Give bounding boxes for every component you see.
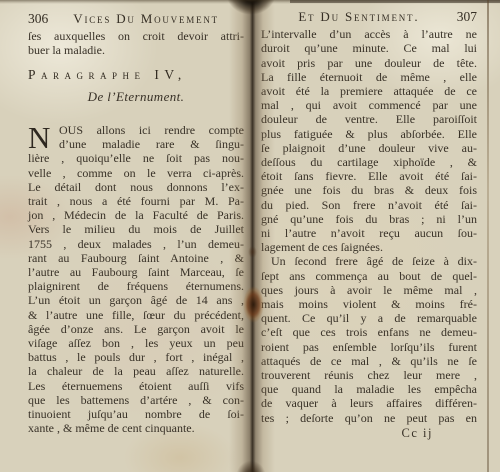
text-line: Vers le milieu du mois de Juillet	[28, 222, 244, 236]
left-page: 306 Vices Du Mouvement ſes auxquelles on…	[28, 12, 244, 435]
text-line: ſe plaignoit d’une douleur vive au-	[261, 141, 477, 155]
right-page: Et Du Sentiment. 307 L’intervalle d’un a…	[261, 10, 477, 440]
text-line: Le détail dont nous donnons l’ex-	[28, 180, 244, 194]
text-line: La fille éternuoit de même , elle	[261, 70, 477, 84]
text-line: avoit pris par une douleur de tête.	[261, 56, 477, 70]
text-line: Un ſecond frere âgé de ſeize à dix-	[261, 254, 477, 268]
left-running-header: 306 Vices Du Mouvement	[28, 12, 244, 26]
left-page-number: 306	[28, 12, 48, 26]
text-line: mais moins violent & moins fré-	[261, 297, 477, 311]
left-continuation-paragraph: ſes auxquelles on croit devoir attri-bue…	[28, 29, 244, 57]
text-line: velle , comme on le verra ci-après.	[28, 166, 244, 180]
book-gutter-shadow	[229, 0, 275, 472]
text-line: plaignirent de fréquens éternumens.	[28, 279, 244, 293]
text-line: L’un étoit un garçon âgé de 14 ans ,	[28, 293, 244, 307]
text-line: gnée une fois du bras & deux fois	[261, 183, 477, 197]
text-line: Les éternuemens étoient auſſi vifs	[28, 379, 244, 393]
text-line: ſes auxquelles on croit devoir attri-	[28, 29, 244, 43]
foxing-stain	[243, 286, 264, 323]
foxing-speck	[248, 246, 257, 258]
text-line: quent. Ce qu’il y a de remarquable	[261, 311, 477, 325]
section-title: De l’Eternument.	[28, 90, 244, 104]
text-line: roient pas enſemble lorſqu’ils furent	[261, 340, 477, 354]
left-header-title: Vices Du Mouvement	[48, 12, 244, 26]
text-line: avoit été la premiere attaquée de ce	[261, 84, 477, 98]
right-paragraph-2: Un ſecond frere âgé de ſeize à dix-ſept …	[261, 254, 477, 424]
right-paragraph-1: L’intervalle d’un accès à l’autre neduro…	[261, 27, 477, 254]
text-line: mal , qui avoit commencé par une	[261, 98, 477, 112]
gutter-bottom-shadow	[231, 455, 271, 472]
page-top-edge-right	[290, 0, 500, 3]
text-line: ſept ans commença au bout de quel-	[261, 269, 477, 283]
text-line: tinuoient juſqu’au nombre de ſoi-	[28, 407, 244, 421]
text-line: trait , nous a été fourni par M. Pa-	[28, 194, 244, 208]
text-line: duroit qu’une minute. Ce mal lui	[261, 41, 477, 55]
right-header-title: Et Du Sentiment.	[261, 10, 457, 24]
text-line: & l’autre une fille, ſœur du précédent,	[28, 308, 244, 322]
text-line: battus , le pouls dur , fort , inégal ,	[28, 350, 244, 364]
text-line: la chaleur de la peau aſſez naturelle.	[28, 364, 244, 378]
drop-cap: N	[28, 124, 56, 151]
text-line: lière , quoiqu’elle ne ſoit pas nou-	[28, 151, 244, 165]
text-line: ni l’autre n’avoit reçu aucun ſou-	[261, 226, 477, 240]
page-right-edge	[487, 0, 489, 472]
text-line: ques jours à avoir le même mal ,	[261, 283, 477, 297]
text-line: gné qu’une fois du bras ; ni l’un	[261, 212, 477, 226]
text-line: jon , Médecin de la Faculté de Paris.	[28, 208, 244, 222]
text-line: attaqués de ce mal , & qu’ils ne ſe	[261, 354, 477, 368]
text-line: trouverent réunis chez leur mere ,	[261, 368, 477, 382]
text-line: OUS allons ici rendre compte	[28, 123, 244, 137]
text-line: âgée d’onze ans. Le garçon avoit le	[28, 322, 244, 336]
text-line: lagement de ces ſaignées.	[261, 240, 477, 254]
text-line: que quand la maladie les empêcha	[261, 382, 477, 396]
opening-paragraph: N OUS allons ici rendre compted’une mala…	[28, 123, 244, 435]
text-line: c’eſt que ces trois enfans ne demeu-	[261, 325, 477, 339]
text-line: que les battemens d’artére , & con-	[28, 393, 244, 407]
text-line: tes ; deſorte qu’on ne peut pas en	[261, 411, 477, 425]
right-page-number: 307	[457, 10, 477, 24]
text-line: viſage aſſez bon , les yeux un peu	[28, 336, 244, 350]
text-line: étoit ſans fievre. Elle avoit été ſai-	[261, 169, 477, 183]
text-line: d’une maladie rare & ſingu-	[28, 137, 244, 151]
book-scan: 306 Vices Du Mouvement ſes auxquelles on…	[0, 0, 500, 472]
text-line: douleur de ventre. Elle paroiſſoit	[261, 112, 477, 126]
paragraph-heading: Paragraphe IV,	[28, 68, 244, 82]
text-line: 1755 , deux malades , l’un demeu-	[28, 237, 244, 251]
right-running-header: Et Du Sentiment. 307	[261, 10, 477, 24]
text-line: buer la maladie.	[28, 43, 244, 57]
text-line: deſſous du cartilage xiphoïde , &	[261, 155, 477, 169]
text-line: L’intervalle d’un accès à l’autre ne	[261, 27, 477, 41]
opening-paragraph-lines: OUS allons ici rendre compted’une maladi…	[28, 123, 244, 435]
text-line: xante , & même de cent cinquante.	[28, 421, 244, 435]
text-line: plus fatiguée & plus abſorbée. Elle	[261, 127, 477, 141]
text-line: rant au Faubourg ſaint Antoine , &	[28, 251, 244, 265]
text-line: du pied. Son frere n’avoit été ſai-	[261, 198, 477, 212]
signature-mark: Cc ij	[261, 426, 477, 440]
text-line: l’autre au Faubourg ſaint Marceau, ſe	[28, 265, 244, 279]
text-line: de vaquer à leurs affaires différen-	[261, 396, 477, 410]
